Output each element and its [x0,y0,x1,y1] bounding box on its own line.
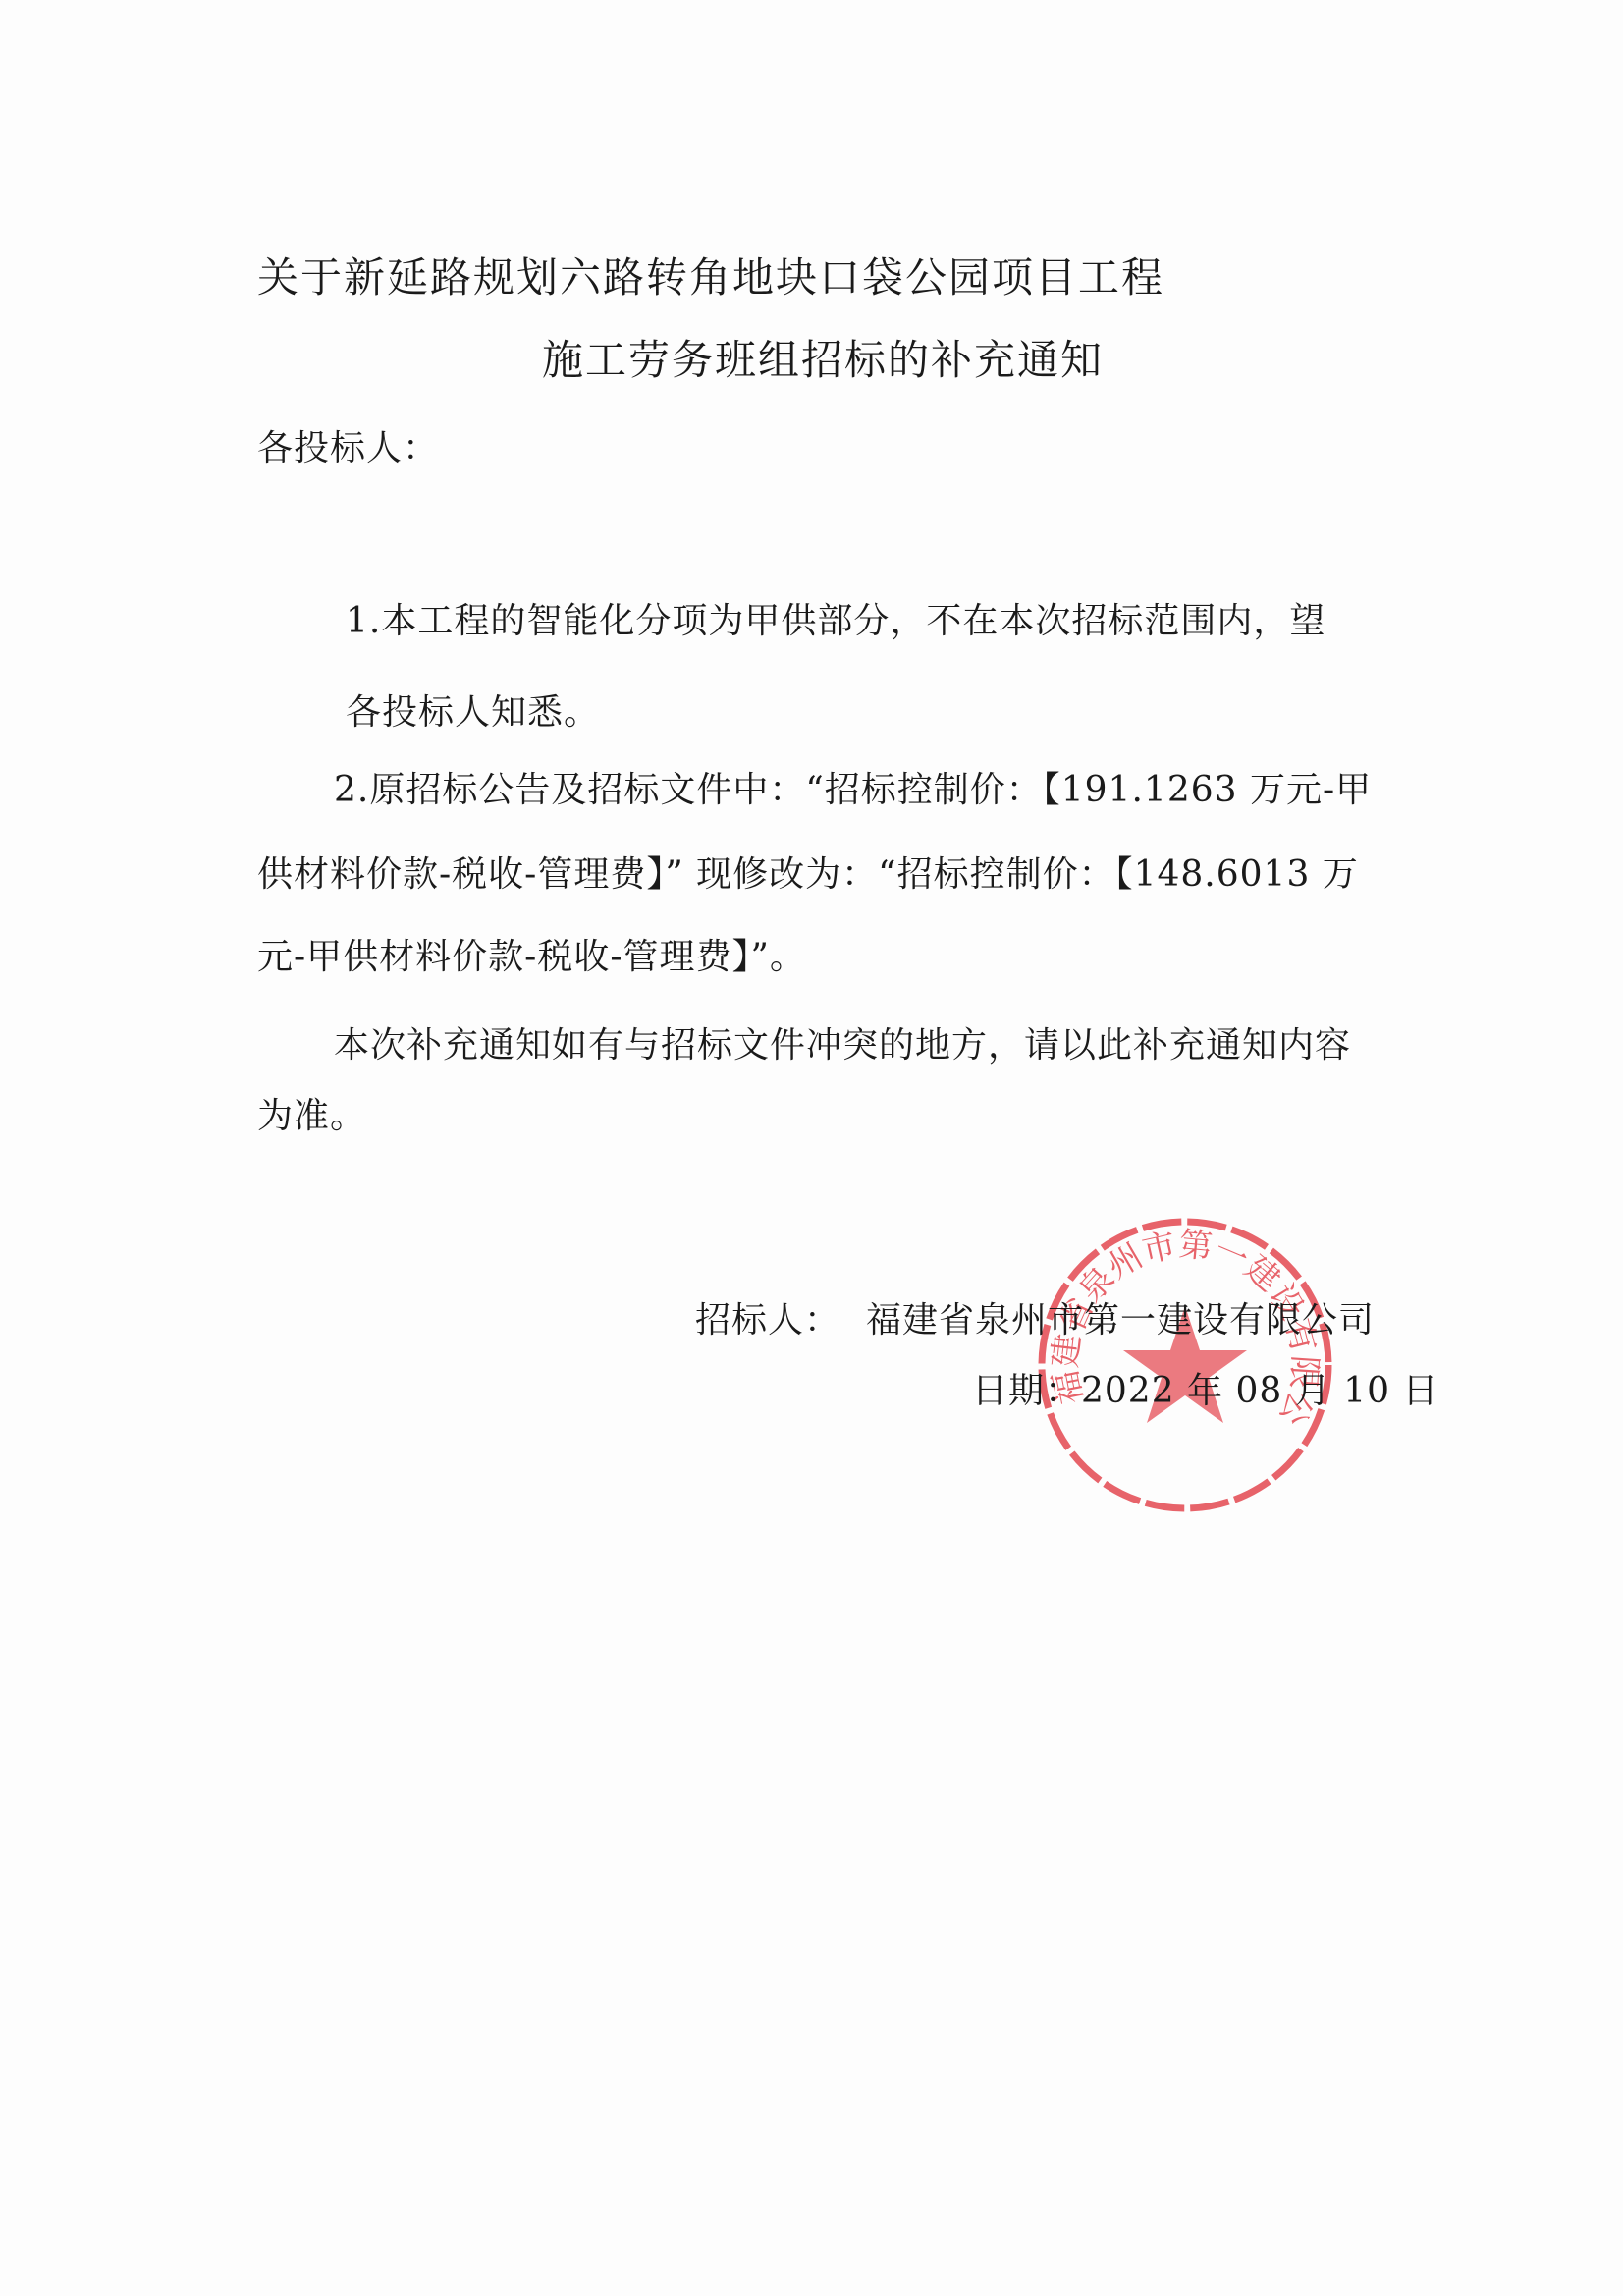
item-2-line-3: 元-甲供材料价款-税收-管理费】”。 [257,929,806,979]
document-page: 关于新延路规划六路转角地块口袋公园项目工程 施工劳务班组招标的补充通知 各投标人… [0,0,1623,2296]
item-2-line-2: 供材料价款-税收-管理费】” 现修改为：“招标控制价：【148.6013 万 [257,847,1359,897]
title-line-2: 施工劳务班组招标的补充通知 [542,328,1104,387]
closing-line-2: 为准。 [257,1088,366,1138]
title-line-1: 关于新延路规划六路转角地块口袋公园项目工程 [257,246,1164,304]
salutation: 各投标人： [257,420,439,470]
item-1-line-1: 1.本工程的智能化分项为甲供部分，不在本次招标范围内，望 [346,593,1325,643]
tenderer-label: 招标人： [695,1292,840,1342]
item-2-line-1: 2.原招标公告及招标文件中：“招标控制价：【191.1263 万元-甲 [334,762,1372,812]
item-1-line-2: 各投标人知悉。 [346,684,600,735]
signature-date: 日期：2022 年 08 月 10 日 [972,1363,1438,1413]
tenderer-name: 福建省泉州市第一建设有限公司 [866,1292,1375,1342]
closing-line-1: 本次补充通知如有与招标文件冲突的地方，请以此补充通知内容 [334,1017,1351,1067]
